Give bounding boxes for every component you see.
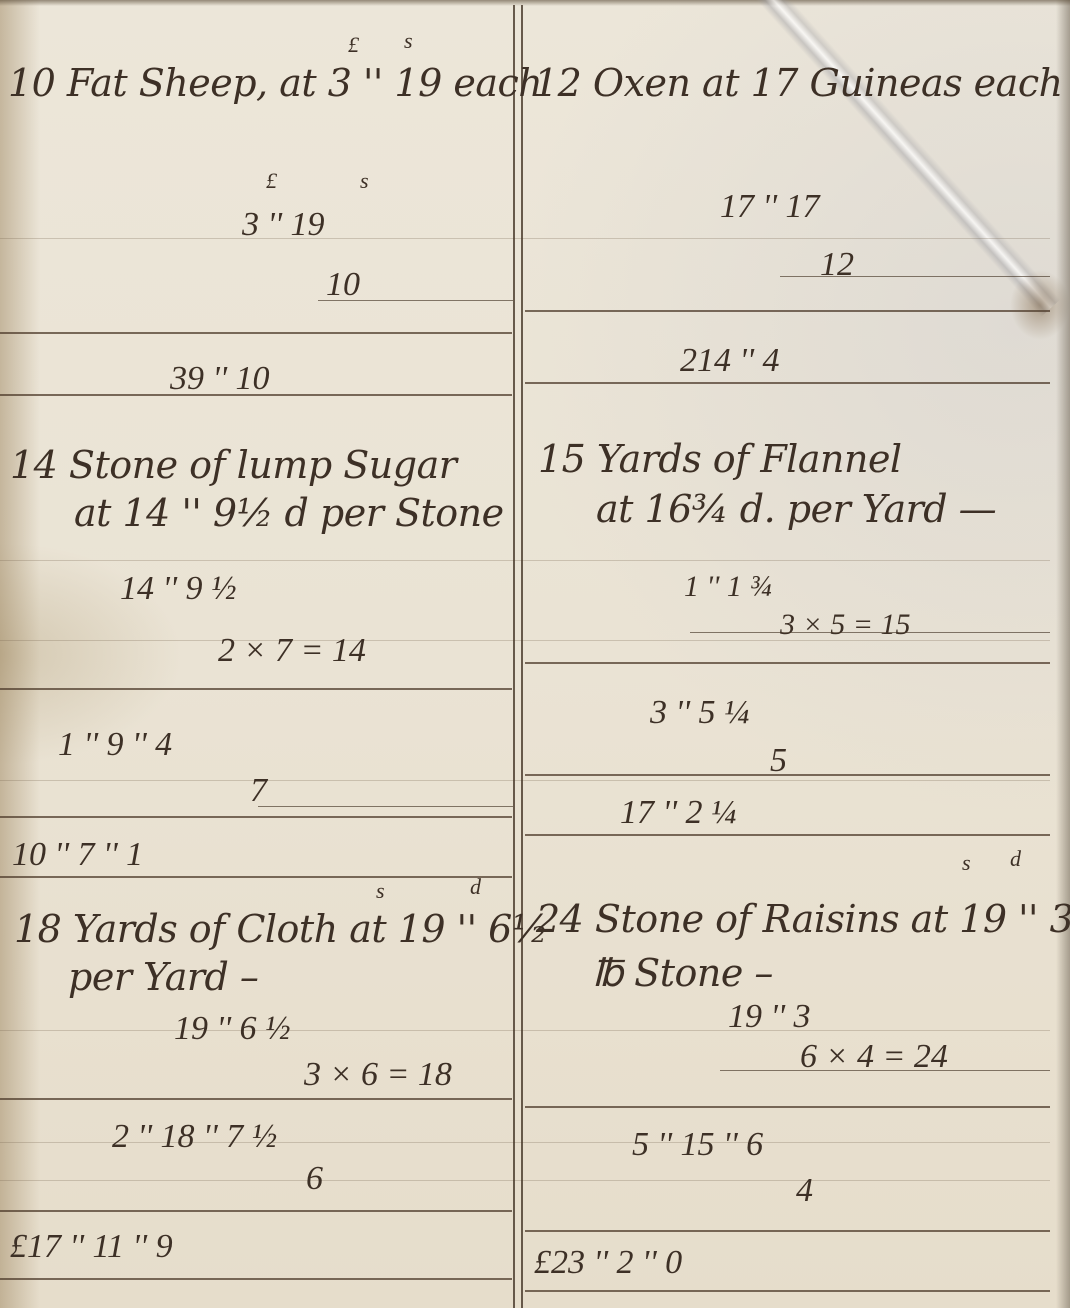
section-rule [525, 774, 1050, 776]
flannel-subtotal: 3 '' 5 ¼ [650, 696, 750, 730]
section-rule [525, 662, 1050, 664]
working-underline [720, 1070, 1050, 1071]
section-rule [0, 1098, 512, 1100]
right-column-total: £23 '' 2 '' 0 [534, 1246, 682, 1280]
cloth-price: 19 '' 6 ½ [174, 1012, 291, 1046]
ruled-line [0, 780, 1050, 781]
raisins-subtotal: 5 '' 15 '' 6 [632, 1128, 763, 1162]
section-rule [525, 1230, 1050, 1232]
working-underline [318, 300, 513, 301]
section-rule [525, 382, 1050, 384]
section-rule [0, 688, 512, 690]
shilling-mark: s [360, 170, 369, 192]
question-sheep: 10 Fat Sheep, at 3 '' 19 each [8, 64, 542, 102]
section-rule [0, 876, 512, 878]
working-underline [258, 806, 513, 807]
section-rule [525, 834, 1050, 836]
shilling-mark: s [404, 30, 413, 52]
section-rule [0, 332, 512, 334]
sugar-factor: 2 × 7 = 14 [218, 634, 366, 668]
pence-mark: d [1010, 848, 1021, 870]
section-rule [525, 310, 1050, 312]
working-underline [690, 632, 1050, 633]
sheep-result: 39 '' 10 [170, 362, 270, 396]
sheep-price: 3 '' 19 [242, 208, 325, 242]
ledger-page: 10 Fat Sheep, at 3 '' 19 each £ s £ s 3 … [0, 0, 1070, 1308]
question-raisins-line1: 24 Stone of Raisins at 19 '' 3 [536, 900, 1070, 938]
flannel-factor: 3 × 5 = 15 [780, 610, 911, 640]
section-rule [0, 1210, 512, 1212]
oxen-result: 214 '' 4 [680, 344, 780, 378]
sugar-result: 10 '' 7 '' 1 [12, 838, 143, 872]
cloth-subtotal: 2 '' 18 '' 7 ½ [112, 1120, 277, 1154]
flannel-price: 1 '' 1 ¾ [684, 572, 772, 602]
section-rule [525, 1290, 1050, 1292]
question-cloth-line2: per Yard – [68, 958, 258, 996]
working-underline [780, 276, 1050, 277]
ruled-line [0, 1180, 1050, 1181]
sheep-multiplier: 10 [326, 268, 360, 302]
cloth-factor: 3 × 6 = 18 [304, 1058, 452, 1092]
sugar-price: 14 '' 9 ½ [120, 572, 237, 606]
page-edge [1056, 0, 1070, 1308]
question-flannel-line2: at 16¾ d. per Yard — [596, 490, 996, 528]
raisins-price: 19 '' 3 [728, 1000, 811, 1034]
ruled-line [0, 560, 1050, 561]
column-divider [521, 5, 523, 1308]
pound-mark: £ [266, 170, 277, 192]
ruled-line [0, 238, 1050, 239]
flannel-multiplier: 5 [770, 744, 787, 778]
section-rule [525, 1106, 1050, 1108]
sugar-multiplier: 7 [250, 774, 267, 808]
column-divider [513, 5, 515, 1308]
question-oxen: 12 Oxen at 17 Guineas each [534, 64, 1063, 102]
flannel-result: 17 '' 2 ¼ [620, 796, 737, 830]
top-edge [0, 0, 1070, 6]
section-rule [0, 1278, 512, 1280]
section-rule [0, 816, 512, 818]
cloth-multiplier: 6 [306, 1162, 323, 1196]
binding-shadow [0, 0, 40, 1308]
question-sugar-line2: at 14 '' 9½ d per Stone [74, 494, 504, 532]
shilling-mark: s [376, 880, 385, 902]
pound-mark: £ [348, 34, 359, 56]
question-cloth-line1: 18 Yards of Cloth at 19 '' 6½ [14, 910, 548, 948]
question-flannel-line1: 15 Yards of Flannel [538, 440, 902, 478]
question-raisins-line2: ℔ Stone – [592, 954, 773, 992]
question-sugar-line1: 14 Stone of lump Sugar [10, 446, 456, 484]
ruled-line [0, 1030, 1050, 1031]
oxen-price: 17 '' 17 [720, 190, 820, 224]
sugar-subtotal: 1 '' 9 '' 4 [58, 728, 172, 762]
shilling-mark: s [962, 852, 971, 874]
corner-stain [1010, 270, 1070, 340]
pence-mark: d [470, 876, 481, 898]
raisins-multiplier: 4 [796, 1174, 813, 1208]
raisins-factor: 6 × 4 = 24 [800, 1040, 948, 1074]
left-column-total: £17 '' 11 '' 9 [10, 1230, 173, 1264]
